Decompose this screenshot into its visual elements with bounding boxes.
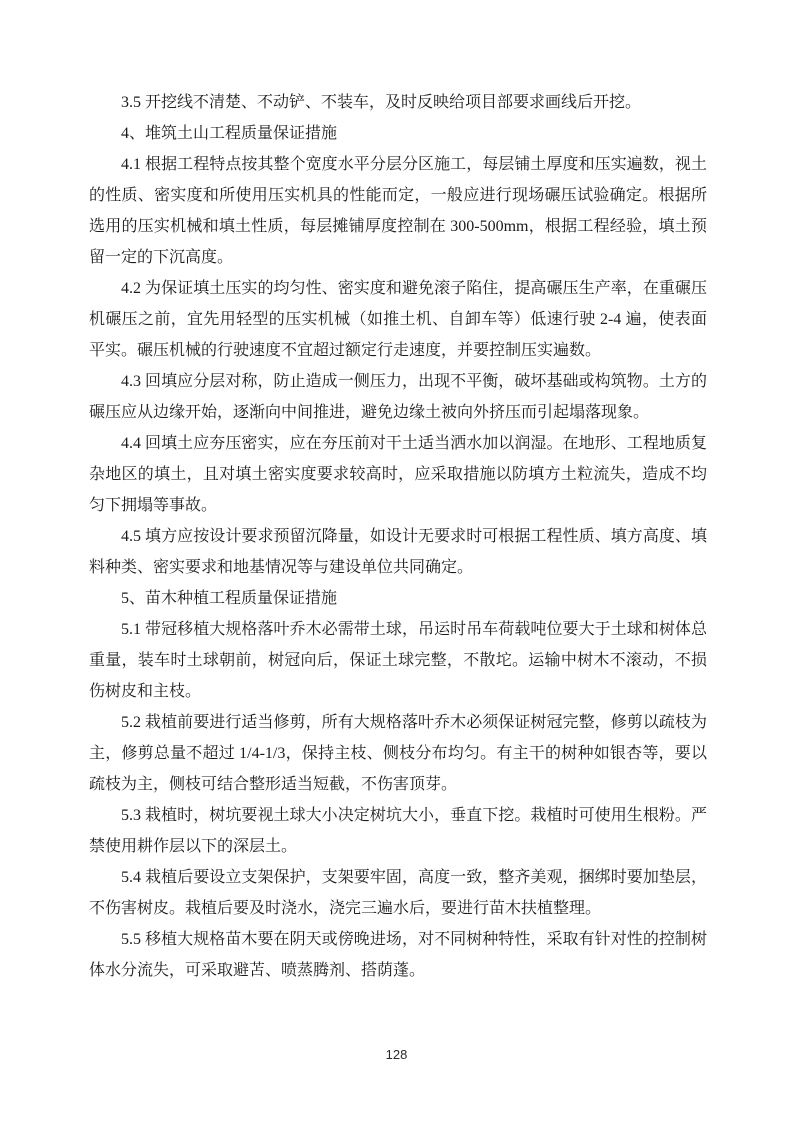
paragraph-5-5: 5.5 移植大规格苗木要在阴天或傍晚进场，对不同树种特性，采取有针对性的控制树体… [89,924,707,986]
paragraph-4-5: 4.5 填方应按设计要求预留沉降量，如设计无要求时可根据工程性质、填方高度、填料… [89,521,707,583]
page-footer: 128 [0,1046,793,1064]
document-page: 3.5 开挖线不清楚、不动铲、不装车，及时反映给项目部要求画线后开挖。 4、堆筑… [0,0,793,1122]
paragraph-4-4: 4.4 回填土应夯压密实，应在夯压前对干土适当洒水加以润湿。在地形、工程地质复杂… [89,428,707,521]
heading-section-5: 5、苗木种植工程质量保证措施 [89,583,707,614]
paragraph-3-5: 3.5 开挖线不清楚、不动铲、不装车，及时反映给项目部要求画线后开挖。 [89,87,707,118]
paragraph-4-3: 4.3 回填应分层对称，防止造成一侧压力，出现不平衡，破坏基础或构筑物。土方的碾… [89,366,707,428]
paragraph-5-2: 5.2 栽植前要进行适当修剪，所有大规格落叶乔木必须保证树冠完整，修剪以疏枝为主… [89,707,707,800]
paragraph-4-1: 4.1 根据工程特点按其整个宽度水平分层分区施工，每层铺土厚度和压实遍数，视土的… [89,149,707,273]
paragraph-5-4: 5.4 栽植后要设立支架保护，支架要牢固，高度一致，整齐美观，捆绑时要加垫层，不… [89,862,707,924]
paragraph-5-1: 5.1 带冠移植大规格落叶乔木必需带土球，吊运时吊车荷载吨位要大于土球和树体总重… [89,614,707,707]
paragraph-4-2: 4.2 为保证填土压实的均匀性、密实度和避免滚子陷住，提高碾压生产率，在重碾压机… [89,273,707,366]
page-number: 128 [386,1047,408,1062]
paragraph-5-3: 5.3 栽植时，树坑要视土球大小决定树坑大小，垂直下挖。栽植时可使用生根粉。严禁… [89,800,707,862]
document-body: 3.5 开挖线不清楚、不动铲、不装车，及时反映给项目部要求画线后开挖。 4、堆筑… [89,87,707,986]
heading-section-4: 4、堆筑土山工程质量保证措施 [89,118,707,149]
